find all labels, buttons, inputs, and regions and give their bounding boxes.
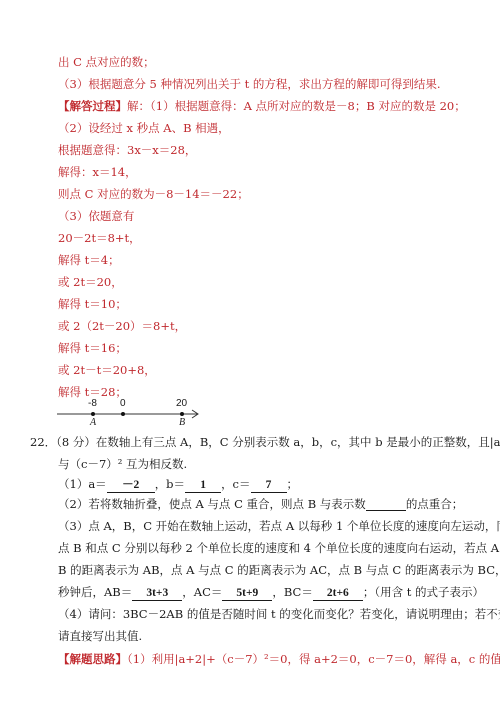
solution-line: 根据题意得：3x－x＝28， bbox=[58, 143, 196, 157]
answer-bc: 2t+6 bbox=[313, 586, 363, 601]
solution-line: （3）根据题意分 5 种情况列出关于 t 的方程，求出方程的解即可得到结果. bbox=[58, 77, 441, 91]
answer-a: －2 bbox=[107, 478, 155, 493]
answer-blank bbox=[366, 498, 406, 511]
answer-ac: 5t+9 bbox=[222, 586, 272, 601]
solution-line: 或 2（2t－20）＝8+t， bbox=[58, 319, 186, 333]
solution-line: 则点 C 对应的数为－8－14＝－22； bbox=[58, 187, 249, 201]
question-22-stem-cont: 与（c－7）² 互为相反数. bbox=[58, 457, 187, 471]
tick-label: 0 bbox=[120, 398, 126, 409]
solution-line: 解得 t＝4； bbox=[58, 253, 120, 267]
question-22-part4: （4）请问：3BC－2AB 的值是否随时间 t 的变化而变化？若变化，请说明理由… bbox=[58, 607, 500, 621]
question-22-part3-cont: B 的距离表示为 AB，点 A 与点 C 的距离表示为 AC，点 B 与点 C … bbox=[58, 563, 500, 577]
solution-line: 【解答过程】解：（1）根据题意得：A 点所对应的数是－8；B 对应的数是 20； bbox=[58, 99, 466, 113]
question-22-part3-answers: 秒钟后，AB＝3t+3，AC＝5t+9，BC＝2t+6；（用含 t 的式子表示） bbox=[58, 585, 484, 601]
question-22-part2: （2）若将数轴折叠，使点 A 与点 C 重合，则点 B 与表示数的点重合； bbox=[58, 497, 463, 511]
tick-label: 20 bbox=[176, 398, 187, 409]
answer-c: 7 bbox=[251, 478, 287, 493]
point-label-b: B bbox=[179, 417, 185, 428]
hint-line: 【解题思路】（1）利用|a+2|+（c－7）²＝0，得 a+2＝0，c－7＝0，… bbox=[58, 652, 500, 666]
answer-b: 1 bbox=[185, 478, 221, 493]
solution-line: 或 2t＝20， bbox=[58, 275, 123, 289]
question-22-part3-cont: 点 B 和点 C 分别以每秒 2 个单位长度的速度和 4 个单位长度的速度向右运… bbox=[58, 541, 500, 555]
hint-tag: 【解题思路】 bbox=[58, 652, 127, 666]
solution-line: 解得 t＝16； bbox=[58, 341, 127, 355]
solution-line: 出 C 点对应的数； bbox=[58, 55, 155, 69]
solution-line: 20－2t＝8+t， bbox=[58, 231, 141, 245]
solution-line: （3）依题意有 bbox=[58, 209, 134, 223]
solution-line: 解得 t＝28； bbox=[58, 385, 127, 399]
solution-line: （2）设经过 x 秒点 A、B 相遇， bbox=[58, 121, 230, 135]
question-22-part1: （1）a＝－2，b＝1，c＝7； bbox=[58, 477, 298, 493]
point-label-a: A bbox=[90, 417, 96, 428]
solution-line: 解得 t＝10； bbox=[58, 297, 127, 311]
solution-line: 或 2t－t＝20+8， bbox=[58, 363, 156, 377]
solution-line: 解得：x＝14， bbox=[58, 165, 137, 179]
tick-label: -8 bbox=[88, 398, 97, 409]
number-line-figure: -8 0 20 A B bbox=[55, 398, 205, 428]
answer-ab: 3t+3 bbox=[132, 586, 182, 601]
question-22-stem: 22．（8 分）在数轴上有三点 A，B，C 分别表示数 a，b，c，其中 b 是… bbox=[30, 435, 500, 449]
question-22-part3: （3）点 A，B，C 开始在数轴上运动，若点 A 以每秒 1 个单位长度的速度向… bbox=[58, 519, 500, 533]
question-22-part4-cont: 请直接写出其值. bbox=[58, 629, 142, 643]
answer-process-tag: 【解答过程】 bbox=[58, 99, 127, 113]
